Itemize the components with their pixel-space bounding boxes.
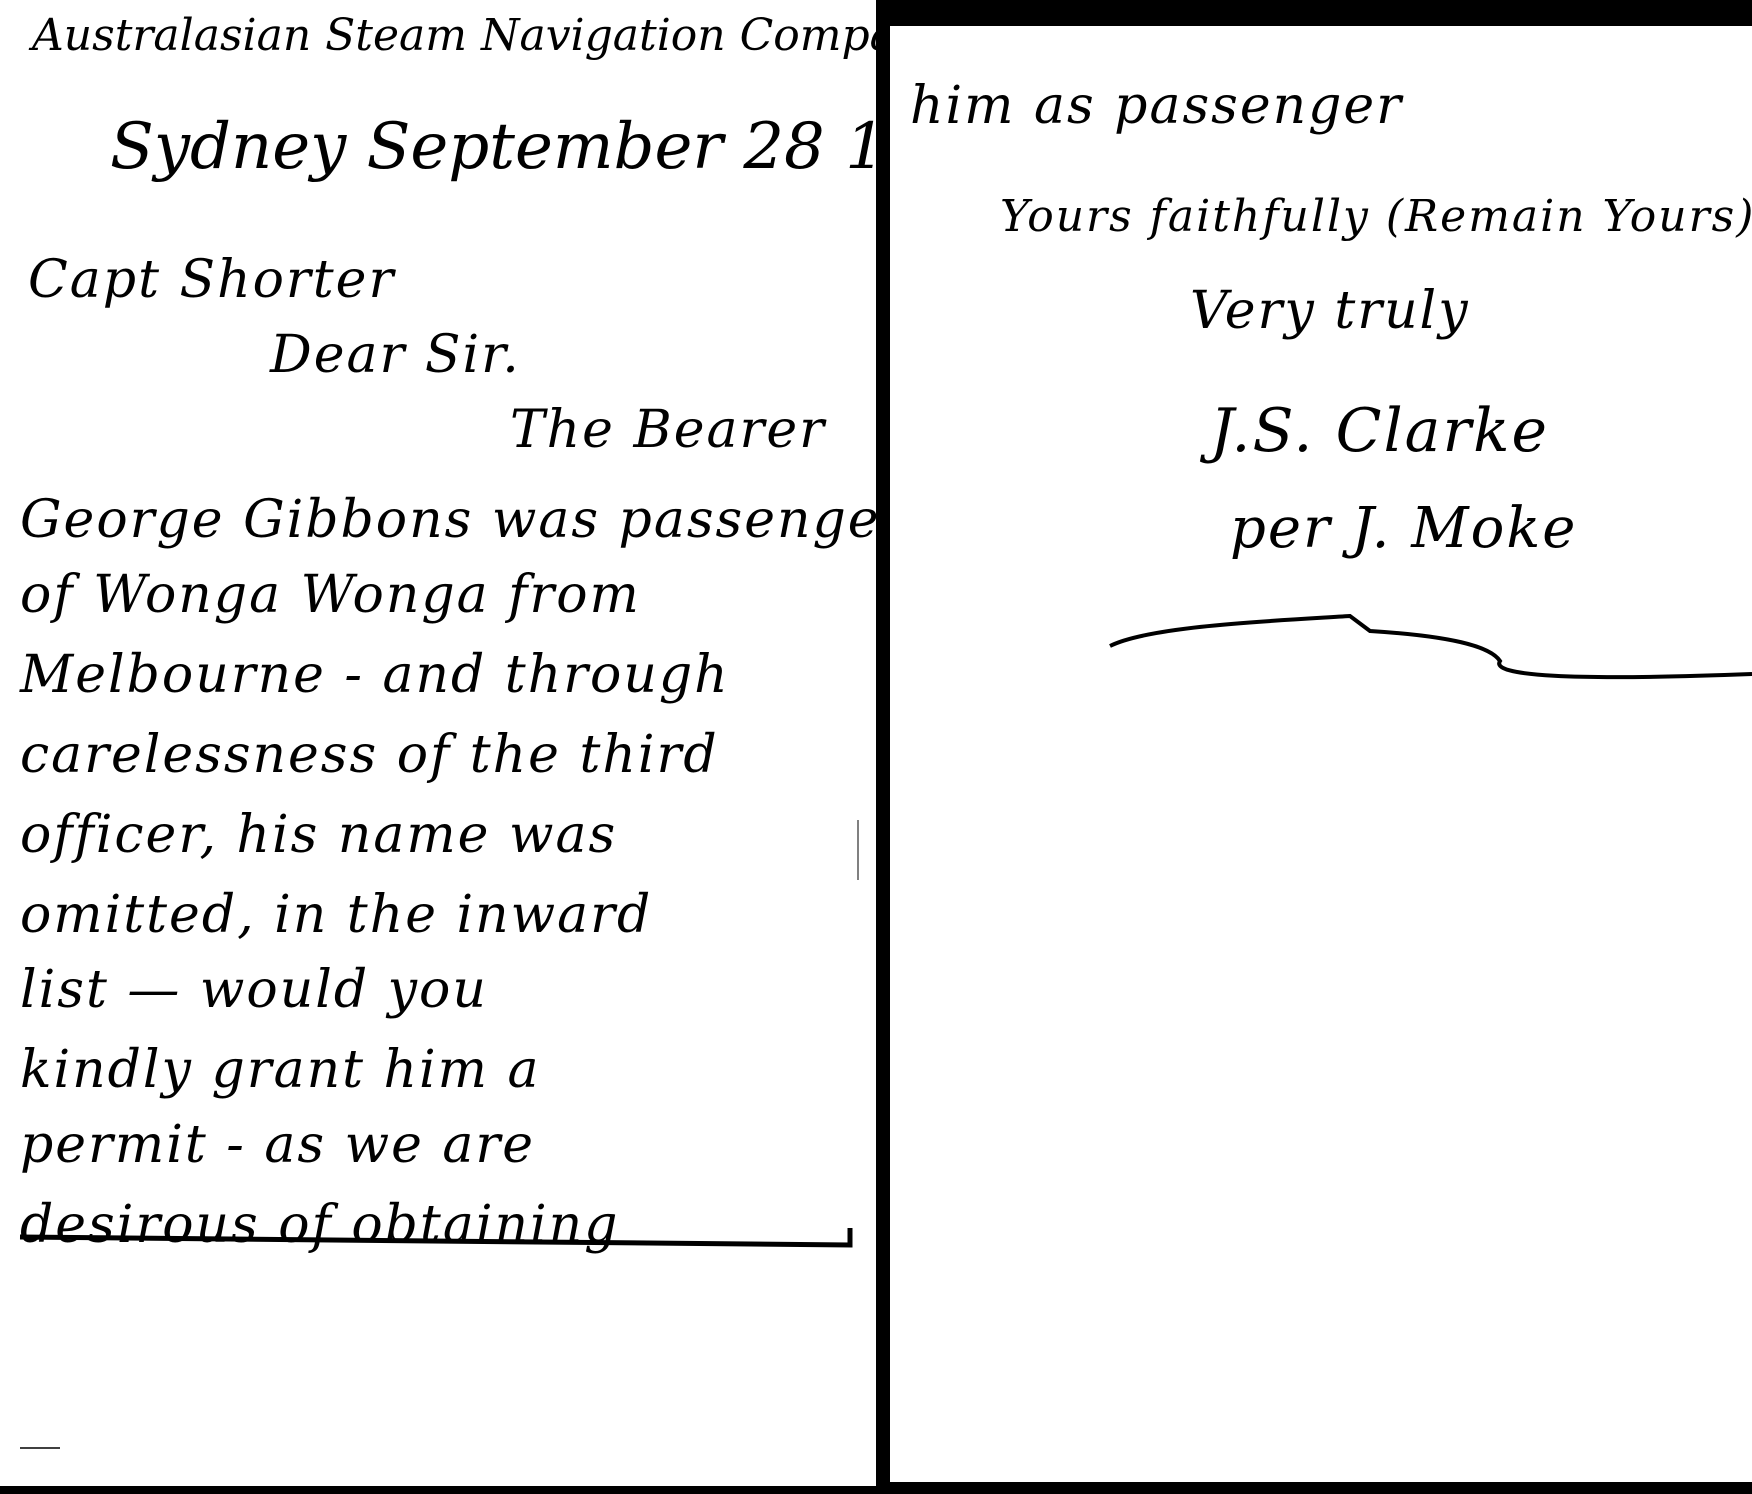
body-line: of Wonga Wonga from: [20, 565, 641, 625]
body-line: The Bearer: [510, 400, 826, 460]
body-line: him as passenger: [910, 76, 1403, 136]
scan-border-bottom: [0, 1486, 876, 1494]
body-line: George Gibbons was passenger: [20, 490, 876, 550]
signature-per: per J. Moke: [1230, 496, 1577, 561]
dateline: Sydney September 28 1867: [110, 110, 876, 184]
body-line: permit - as we are: [20, 1115, 535, 1175]
body-line: Melbourne - and through: [20, 645, 730, 705]
body-line: carelessness of the third: [20, 725, 719, 785]
body-line: officer, his name was: [20, 805, 617, 865]
page-divider: [876, 0, 890, 1494]
signature: J.S. Clarke: [1210, 396, 1549, 466]
greeting: Dear Sir.: [270, 325, 521, 385]
closing: Very truly: [1190, 281, 1470, 341]
body-line: kindly grant him a: [20, 1040, 540, 1100]
scan-border-bottom-right: [890, 1482, 1752, 1494]
letterhead: Australasian Steam Navigation Company.: [32, 10, 876, 61]
scan-border-top: [876, 0, 1752, 26]
left-page: Australasian Steam Navigation Company. S…: [0, 0, 876, 1494]
recipient: Capt Shorter: [28, 250, 395, 310]
body-line: desirous of obtaining: [20, 1195, 619, 1255]
signature-flourish: [890, 26, 1752, 1494]
body-line: omitted, in the inward: [20, 885, 652, 945]
closing: Yours faithfully (Remain Yours): [1000, 191, 1752, 242]
right-page: him as passenger Yours faithfully (Remai…: [890, 26, 1752, 1494]
body-line: list — would you: [20, 960, 488, 1020]
